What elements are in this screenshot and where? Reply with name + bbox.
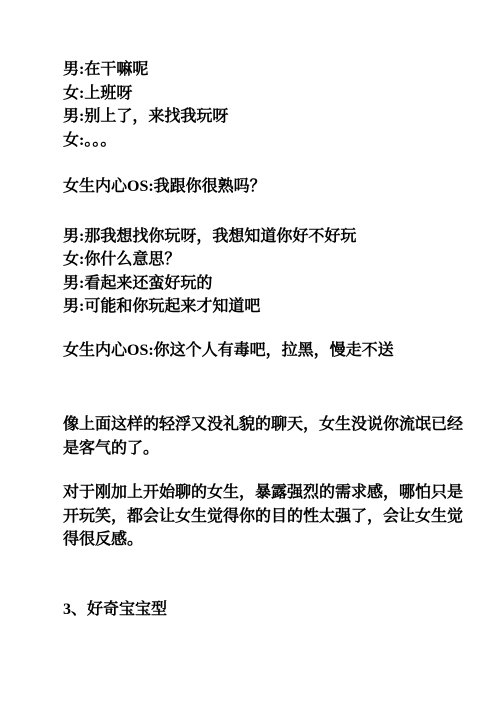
commentary-paragraph-1: 像上面这样的轻浮又没礼貌的聊天，女生没说你流氓已经是客气的了。 — [63, 413, 463, 460]
chat-line-female-3: 女:你什么意思？ — [63, 248, 463, 272]
commentary-paragraph-2: 对于刚加上开始聊的女生，暴露强烈的需求感，哪怕只是开玩笑，都会让女生觉得你的目的… — [63, 481, 463, 552]
chat-dialogue-2: 男:那我想找你玩呀，我想知道你好不好玩 女:你什么意思？ 男:看起来还蛮好玩的 … — [63, 225, 463, 319]
document-page: 男:在干嘛呢 女:上班呀 男:别上了，来找我玩呀 女:。。。 女生内心OS:我跟… — [0, 0, 500, 707]
chat-line-female-1: 女:上班呀 — [63, 82, 463, 106]
chat-line-male-2: 男:别上了，来找我玩呀 — [63, 105, 463, 129]
chat-line-male-3: 男:那我想找你玩呀，我想知道你好不好玩 — [63, 225, 463, 249]
chat-dialogue-1: 男:在干嘛呢 女:上班呀 男:别上了，来找我玩呀 女:。。。 — [63, 58, 463, 152]
girl-inner-os-2: 女生内心OS:你这个人有毒吧，拉黑，慢走不送 — [63, 339, 463, 363]
chat-line-male-5: 男:可能和你玩起来才知道吧 — [63, 295, 463, 319]
chat-line-male-4: 男:看起来还蛮好玩的 — [63, 272, 463, 296]
chat-line-male-1: 男:在干嘛呢 — [63, 58, 463, 82]
girl-inner-os-1: 女生内心OS:我跟你很熟吗？ — [63, 175, 463, 199]
chat-line-female-2: 女:。。。 — [63, 129, 463, 153]
section-heading-3: 3、好奇宝宝型 — [63, 598, 463, 622]
